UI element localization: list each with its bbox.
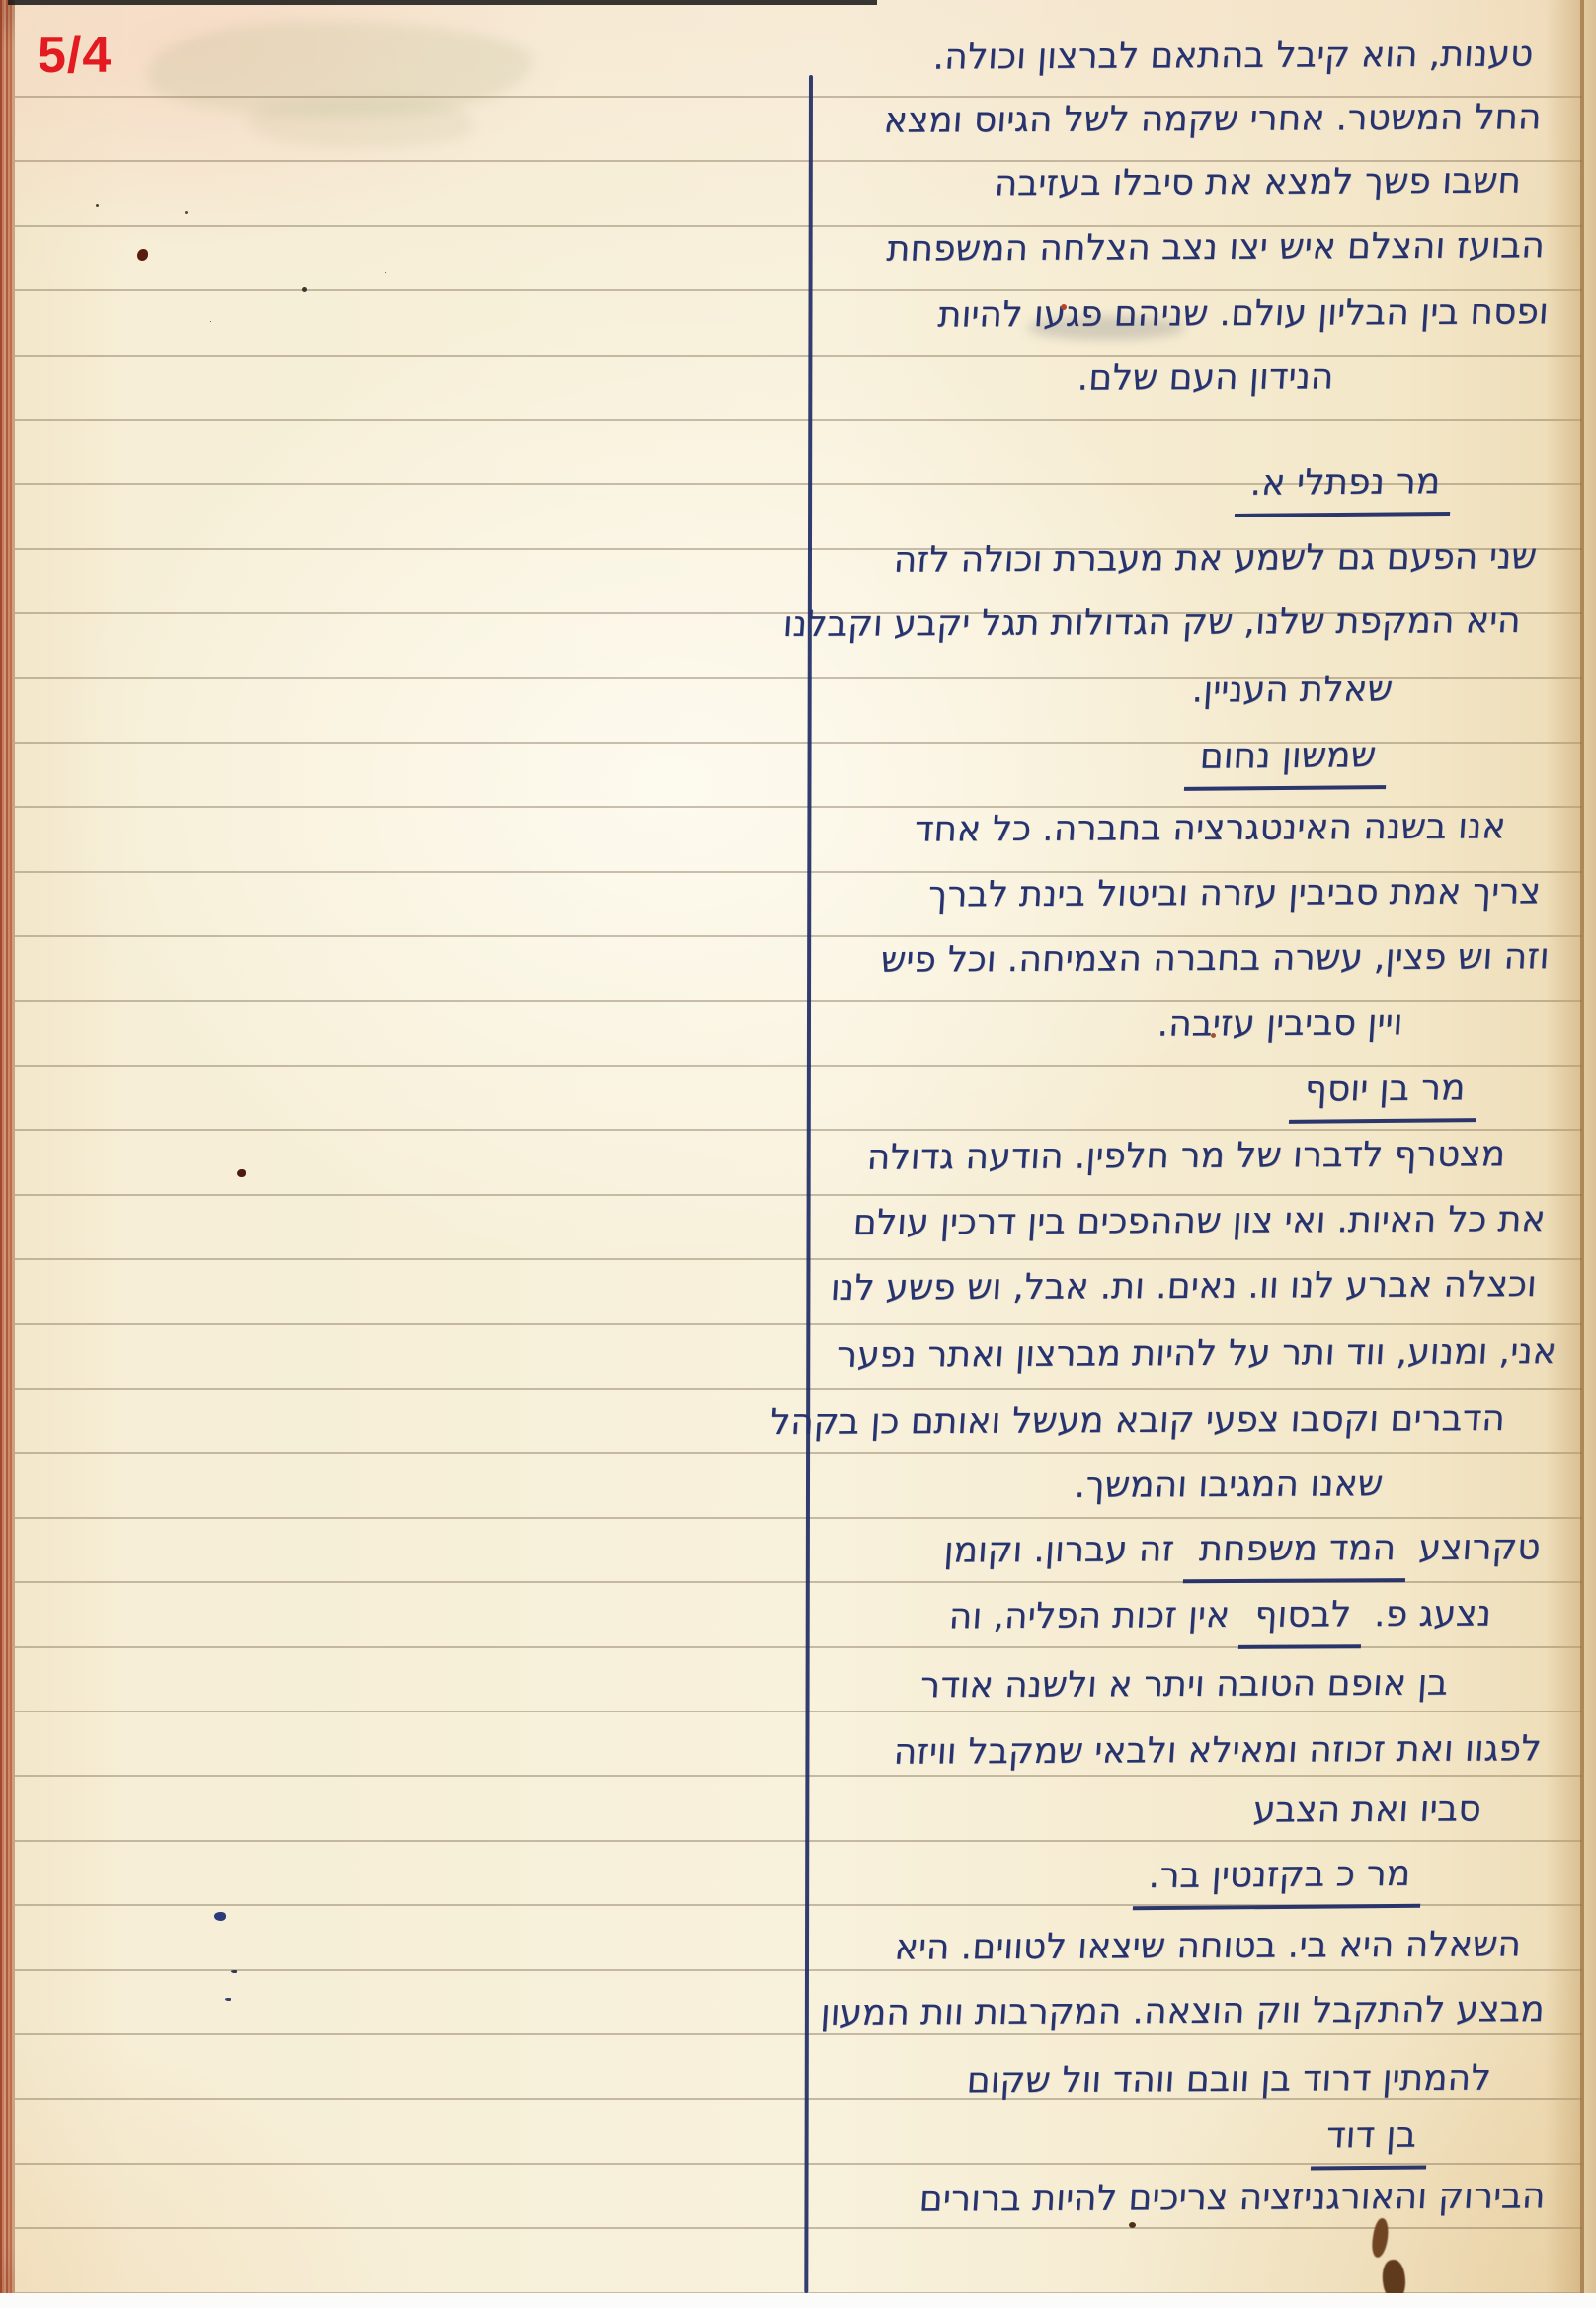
phrase: הנידון העם שלם. [1076, 357, 1334, 398]
phrase: היא המקפת שלנו, שק הגדולות תגל יקבע וקבל… [782, 600, 1522, 645]
phrase: את כל האיות. ואי צון שההפכים בין דרכין ע… [851, 1199, 1546, 1243]
phrase: נצעג פ. [1362, 1594, 1493, 1635]
manuscript-line: חשבו פשך למצא את סיבלו בעזיבה [994, 161, 1523, 204]
ruled-line [14, 1775, 1582, 1777]
ruled-line [14, 355, 1582, 357]
phrase: מבצע להתקבל ווק הוצאה. המקרבות וות המעון [820, 1989, 1547, 2033]
ruled-line [14, 1065, 1582, 1067]
manuscript-line: טקרוצע המד משפחת זה עברון. וקומן [943, 1527, 1542, 1571]
ink-specks [302, 287, 307, 292]
manuscript-line: שני הפעם גם לשמע את מעברת וכולה לזה [893, 536, 1539, 581]
ruled-line [14, 1194, 1582, 1196]
manuscript-heading: מר כ בקזנטין בר. [1133, 1854, 1423, 1897]
ink-bleed-through [247, 97, 474, 148]
stain [237, 1169, 246, 1177]
manuscript-line: ופסח בין הבליון עולם. שניהם פגעו להיות [937, 291, 1551, 336]
manuscript-line: מבצע להתקבל ווק הוצאה. המקרבות וות המעון [820, 1989, 1547, 2033]
underlined-phrase: שמשון נחום [1184, 735, 1390, 791]
underlined-phrase: בן דוד [1311, 2114, 1430, 2170]
phrase: וזה וש פצין, עשרה בחברה הצמיחה. וכל פיש [879, 936, 1550, 981]
manuscript-line: החל המשטר. אחרי שקמה לשל הגיוס ומצא [882, 97, 1542, 141]
ruled-line [14, 1452, 1582, 1454]
manuscript-heading: בן דוד [1312, 2114, 1430, 2156]
phrase: סביו ואת הצבע [1252, 1789, 1482, 1830]
phrase: שני הפעם גם לשמע את מעברת וכולה לזה [893, 536, 1539, 580]
notebook-page: 5/4 טענות, הוא קיבל בהתאם לברצון וכולה.ה… [0, 0, 1596, 2308]
ruled-line [14, 1000, 1582, 1002]
manuscript-line: הדברים וקסבו צפעי קובא מעשל ואותם כן בקה… [769, 1398, 1507, 1443]
phrase: טענות, הוא קיבל בהתאם לברצון וכולה. [931, 34, 1534, 77]
manuscript-line: וזה וש פצין, עשרה בחברה הצמיחה. וכל פיש [879, 936, 1550, 981]
phrase: חשבו פשך למצא את סיבלו בעזיבה [994, 161, 1523, 204]
ruled-line [14, 1129, 1582, 1131]
phrase: שאנו המגיבו והמשך. [1073, 1464, 1384, 1506]
phrase: הבירוק והאורגניזציה צריכים להיות ברורים [918, 2176, 1546, 2219]
scan-bottom-edge [0, 2293, 1596, 2308]
manuscript-line: אנו בשנה האינטגרציה בחברה. כל אחד [913, 806, 1506, 850]
phrase: החל המשטר. אחרי שקמה לשל הגיוס ומצא [882, 97, 1542, 140]
phrase: זה עברון. וקומן [943, 1529, 1187, 1570]
phrase: בן אופם הטובה ויתר א ולשנה אודר [919, 1663, 1450, 1707]
phrase: ויין סביבין עזיבה. [1156, 1002, 1403, 1044]
manuscript-line: שאנו המגיבו והמשך. [1073, 1464, 1384, 1506]
manuscript-line: הבועז והצלם איש יצו נצב הצלחה המשפחת [886, 225, 1547, 270]
ruled-line [14, 1388, 1582, 1390]
stain [1211, 1033, 1216, 1038]
ruled-line [14, 2227, 1582, 2229]
stain [1370, 2217, 1391, 2259]
ink-blot [214, 1912, 226, 1921]
manuscript-line: השאלה היא בי. בטוחה שיצאו לטווים. היא [894, 1924, 1523, 1968]
page-number-label: 5/4 [38, 26, 112, 85]
phrase: הבועז והצלם איש יצו נצב הצלחה המשפחת [886, 225, 1547, 269]
manuscript-line: ויין סביבין עזיבה. [1156, 1002, 1403, 1045]
stain [1061, 304, 1067, 310]
ruled-line [14, 289, 1582, 291]
phrase: מצטרף לדברו של מר חלפין. הודעה גדולה [866, 1134, 1507, 1177]
ruled-line [14, 2033, 1582, 2035]
ruled-line [14, 1323, 1582, 1325]
manuscript-line: שאלת העניין. [1191, 669, 1395, 710]
ruled-line [14, 1840, 1582, 1842]
phrase: וכצלה אברע לנו וו. נאים. ות. אבל, וש פשע… [830, 1264, 1539, 1309]
ruled-line [14, 1258, 1582, 1260]
ruled-line [14, 1969, 1582, 1971]
manuscript-line: מצטרף לדברו של מר חלפין. הודעה גדולה [866, 1134, 1507, 1178]
ruled-line [14, 1711, 1582, 1712]
phrase: אני, ומנוע, ווד ותר על להיות מברצון ואתר… [837, 1331, 1558, 1376]
scan-top-edge [8, 0, 877, 5]
page-edge-shadow [1545, 0, 1580, 2295]
phrase: השאלה היא בי. בטוחה שיצאו לטווים. היא [894, 1924, 1523, 1967]
manuscript-line: אני, ומנוע, ווד ותר על להיות מברצון ואתר… [837, 1331, 1558, 1376]
manuscript-line: הבירוק והאורגניזציה צריכים להיות ברורים [918, 2176, 1546, 2220]
manuscript-line: להמתין דרוד בן וובם ווהד וול שקום [966, 2058, 1492, 2102]
margin-line [804, 75, 813, 2293]
underlined-phrase: מר בן יוסף [1289, 1068, 1478, 1124]
manuscript-line: בן אופם הטובה ויתר א ולשנה אודר [919, 1663, 1450, 1707]
underlined-phrase: לבסוף [1238, 1594, 1364, 1649]
manuscript-line: נצעג פ. לבסוף אין זכות הפליה, וה [948, 1594, 1493, 1637]
manuscript-line: וכצלה אברע לנו וו. נאים. ות. אבל, וש פשע… [830, 1264, 1539, 1309]
manuscript-line: צריך אמת סביבין עזרה וביטול בינת לברך [927, 871, 1543, 915]
manuscript-line: לפגוו ואת זכוזה ומאילא ולבאי שמקבל וויזה [892, 1728, 1542, 1773]
manuscript-line: סביו ואת הצבע [1252, 1789, 1482, 1831]
phrase: לפגוו ואת זכוזה ומאילא ולבאי שמקבל וויזה [892, 1728, 1542, 1772]
ruled-line [14, 419, 1582, 421]
manuscript-line: היא המקפת שלנו, שק הגדולות תגל יקבע וקבל… [782, 600, 1523, 645]
page-edge [1584, 0, 1596, 2295]
phrase: אין זכות הפליה, וה [948, 1595, 1242, 1637]
ruled-line [14, 1517, 1582, 1519]
manuscript-line: טענות, הוא קיבל בהתאם לברצון וכולה. [931, 34, 1534, 78]
phrase: ופסח בין הבליון עולם. שניהם פגעו להיות [937, 291, 1551, 335]
binding-edge [0, 0, 15, 2295]
stain [137, 249, 148, 261]
underlined-phrase: מר כ בקזנטין בר. [1133, 1854, 1424, 1911]
phrase: אנו בשנה האינטגרציה בחברה. כל אחד [913, 806, 1506, 849]
phrase: להמתין דרוד בן וובם ווהד וול שקום [966, 2058, 1492, 2102]
phrase: שאלת העניין. [1191, 669, 1395, 710]
underlined-phrase: המד משפחת [1184, 1528, 1409, 1583]
phrase: צריך אמת סביבין עזרה וביטול בינת לברך [927, 871, 1543, 915]
stain [1129, 2222, 1136, 2228]
underlined-phrase: מר נפתלי א. [1235, 461, 1454, 517]
manuscript-line: את כל האיות. ואי צון שההפכים בין דרכין ע… [851, 1199, 1546, 1243]
manuscript-heading: שמשון נחום [1185, 735, 1390, 777]
phrase: טקרוצע [1406, 1527, 1542, 1568]
manuscript-heading: מר נפתלי א. [1235, 461, 1453, 504]
manuscript-line: הנידון העם שלם. [1076, 357, 1334, 399]
phrase: הדברים וקסבו צפעי קובא מעשל ואותם כן בקה… [769, 1398, 1507, 1443]
manuscript-heading: מר בן יוסף [1290, 1068, 1478, 1110]
